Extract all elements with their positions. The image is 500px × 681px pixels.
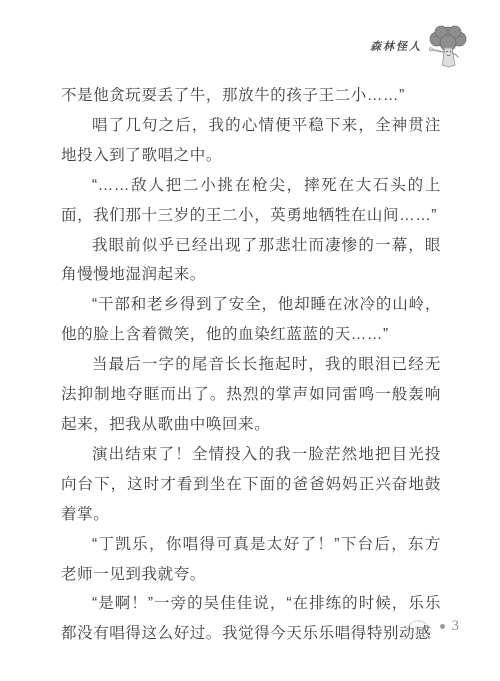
paragraph: “……敌人把二小挑在枪尖，摔死在大石头的上面，我们那十三岁的王二小，英勇地牺牲在… [61,171,441,231]
paragraph: 演出结束了！全情投入的我一脸茫然地把目光投向台下，这时才看到坐在下面的爸爸妈妈正… [61,440,441,530]
folio-dot-icon [440,624,445,629]
series-title: 森林怪人 [370,38,422,56]
sketch-doodle-icon [405,615,433,637]
paragraph: 不是他贪玩耍丢了牛，那放牛的孩子王二小……” [61,81,441,111]
page-number: 3 [452,619,460,634]
paragraph: 唱了几句之后，我的心情便平稳下来，全神贯注地投入到了歌唱之中。 [61,111,441,171]
paragraph: “丁凯乐，你唱得可真是太好了！”下台后，东方老师一见到我就夸。 [61,530,441,590]
paragraph: 我眼前似乎已经出现了那悲壮而凄惨的一幕，眼角慢慢地湿润起来。 [61,231,441,291]
page-footer: 3 [405,613,460,639]
paragraph: “干部和老乡得到了安全，他却睡在冰冷的山岭，他的脸上含着微笑，他的血染红蓝蓝的天… [61,290,441,350]
page-header: 森林怪人 [370,24,472,69]
story-text: 不是他贪玩耍丢了牛，那放牛的孩子王二小……” 唱了几句之后，我的心情便平稳下来，… [61,81,441,649]
book-page: 森林怪人 不是他贪玩耍丢了牛，那放牛的孩子王二小……” [0,0,500,681]
paragraph: “是啊！”一旁的吴佳佳说，“在排练的时候，乐乐都没有唱得这么好过。我觉得今天乐乐… [61,589,441,649]
paragraph: 当最后一字的尾音长长拖起时，我的眼泪已经无法抑制地夺眶而出了。热烈的掌声如同雷鸣… [61,350,441,440]
forest-monster-icon [425,24,472,69]
